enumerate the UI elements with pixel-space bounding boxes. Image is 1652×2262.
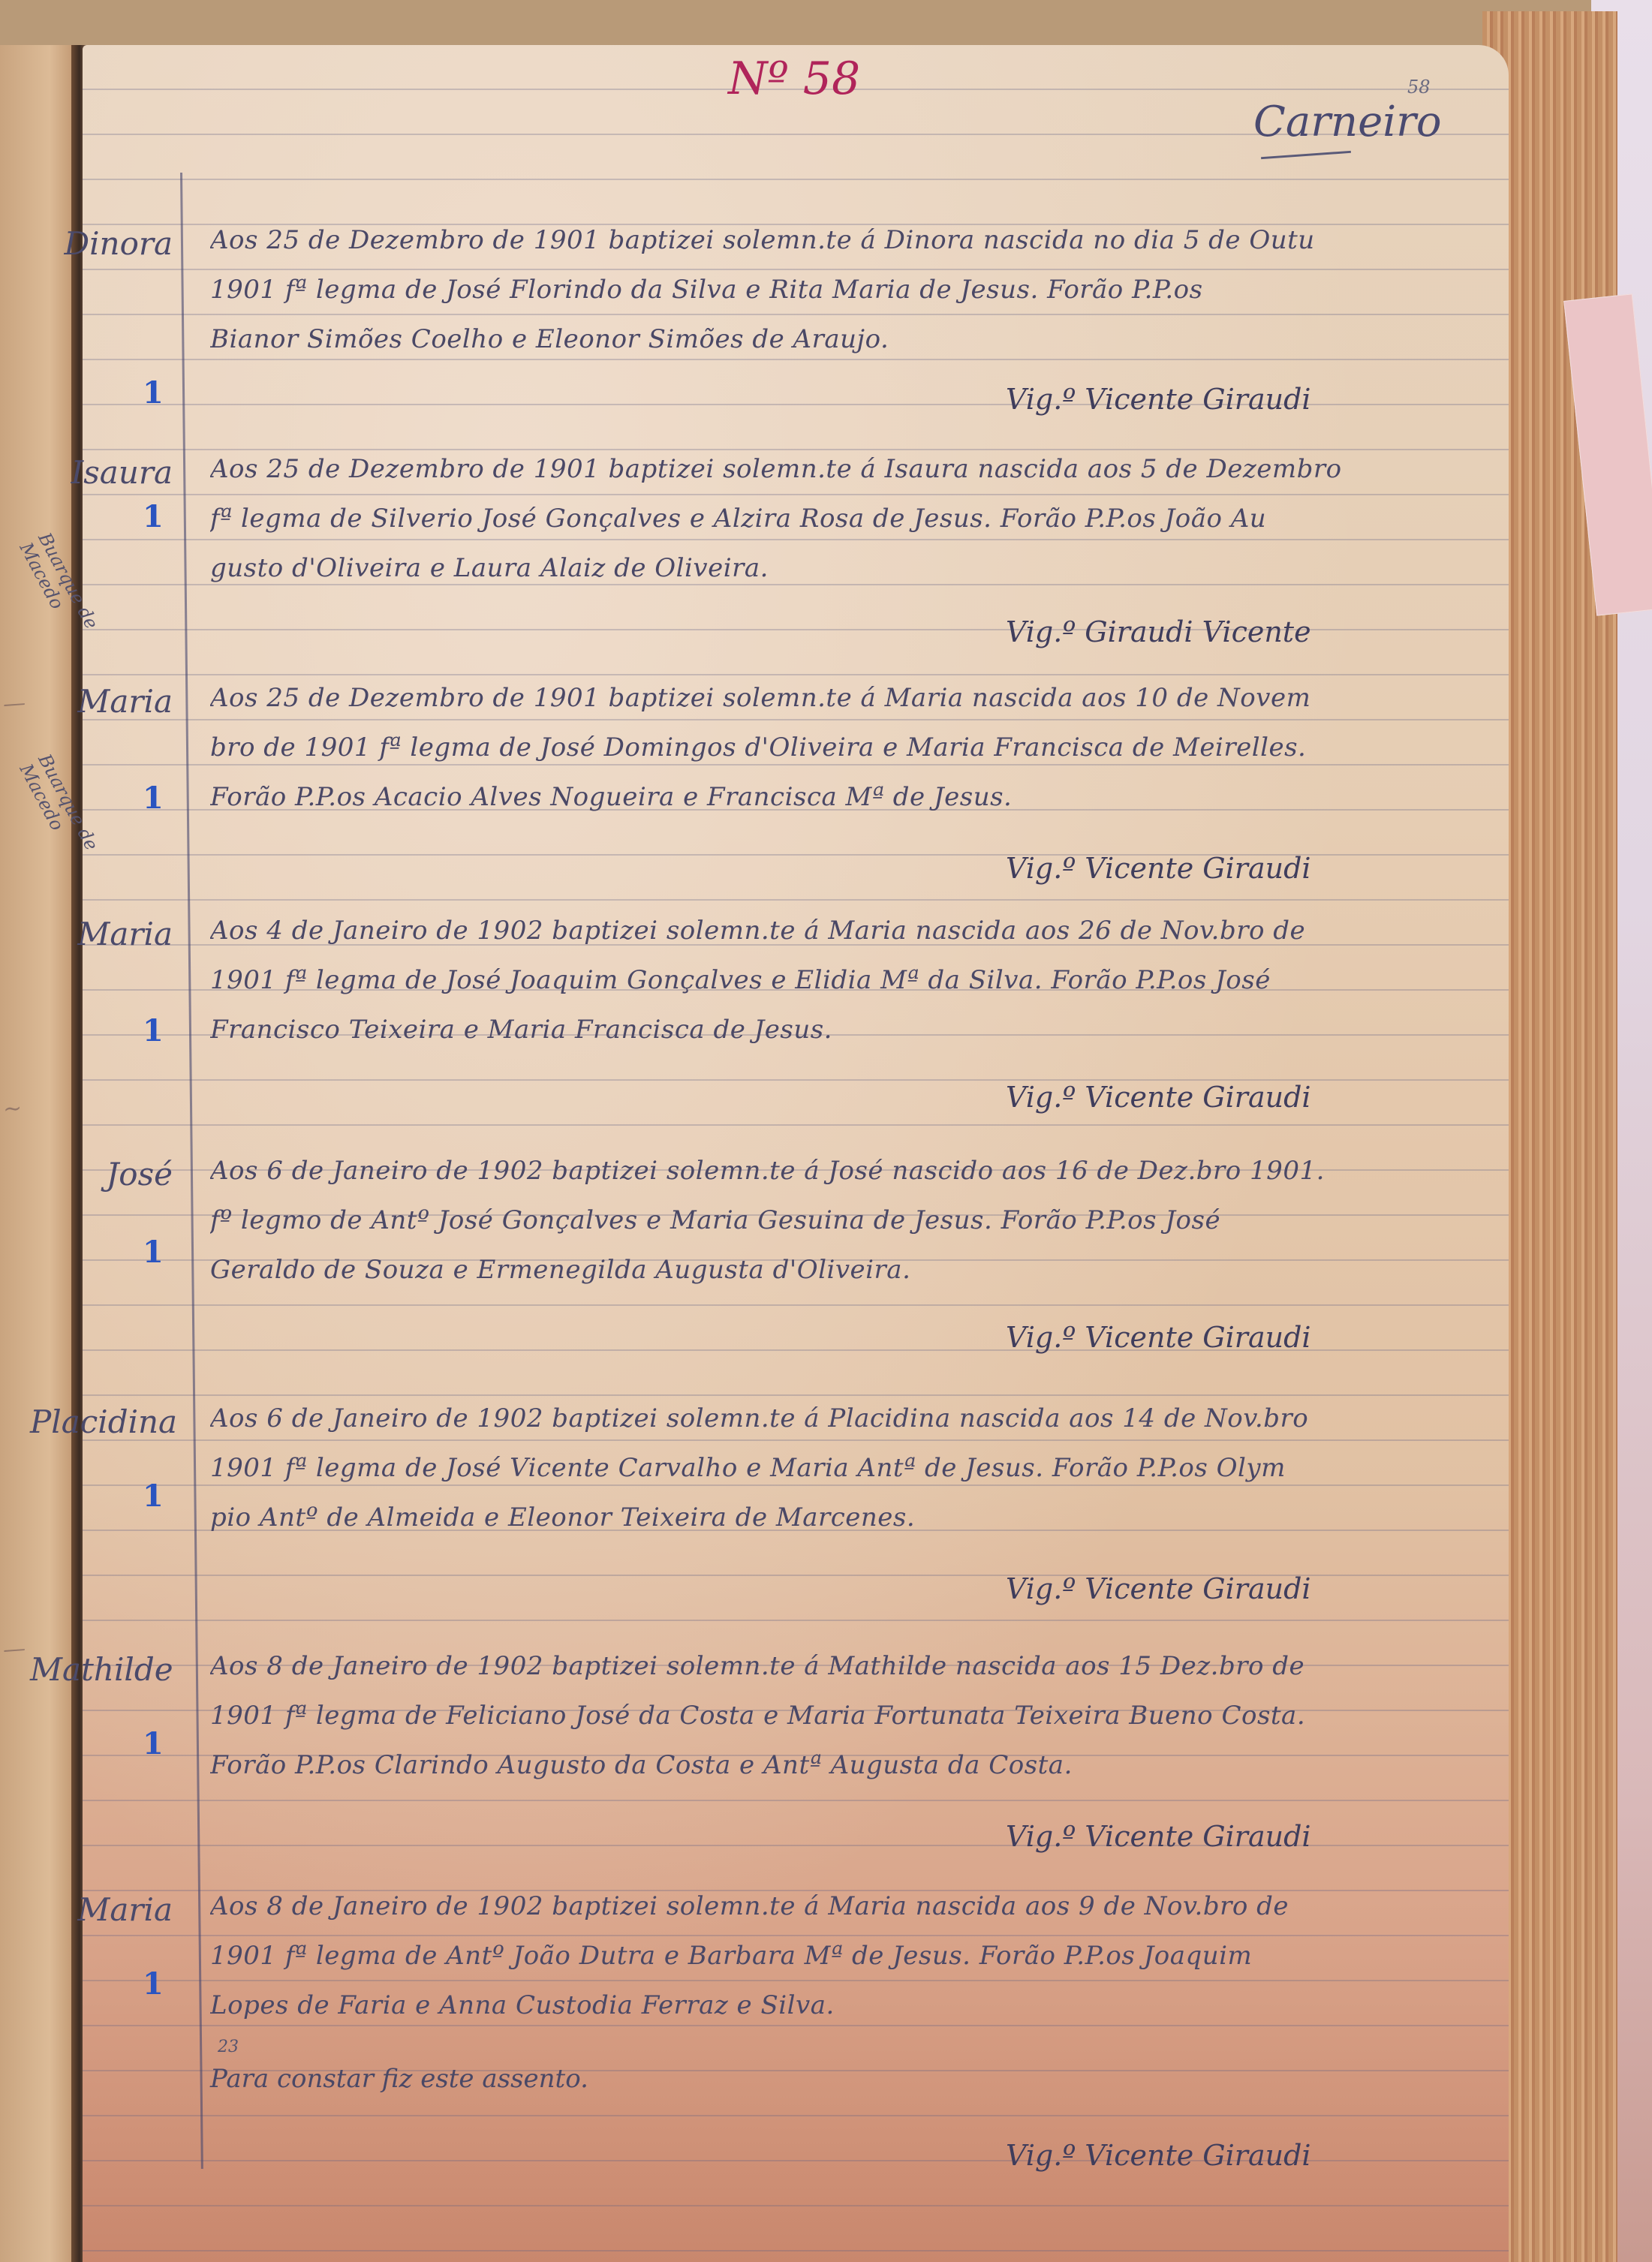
entry-line: Aos 25 de Dezembro de 1901 baptizei sole… [210, 225, 1471, 255]
entry-line: Aos 25 de Dezembro de 1901 baptizei sole… [210, 683, 1471, 713]
entry-line: 1901 fª legma de Feliciano José da Costa… [210, 1701, 1471, 1731]
left-page-bleed-text: — [2, 690, 26, 717]
entry-line: Aos 8 de Janeiro de 1902 baptizei solemn… [210, 1891, 1471, 1921]
left-facing-page: — ~ — [0, 45, 83, 2262]
entry-line: Bianor Simões Coelho e Eleonor Simões de… [210, 324, 1471, 354]
entry-line: Francisco Teixeira e Maria Francisca de … [210, 1015, 1471, 1045]
priest-signature: Vig.º Giraudi Vicente [1006, 615, 1426, 648]
priest-signature: Vig.º Vicente Giraudi [1006, 383, 1426, 416]
entry-line: 1901 fª legma de José Florindo da Silva … [210, 275, 1471, 305]
entry-line: 1901 fª legma de José Joaquim Gonçalves … [210, 965, 1471, 995]
entry-name: Mathilde [30, 1651, 173, 1688]
page-header-name: Carneiro [1253, 98, 1442, 146]
tick-mark-icon: 1 [143, 1013, 164, 1048]
tick-mark-icon: 1 [143, 781, 164, 816]
entry-line: Aos 8 de Janeiro de 1902 baptizei solemn… [210, 1651, 1471, 1681]
entry-name: José [30, 1156, 173, 1193]
entry-line: 1901 fª legma de José Vicente Carvalho e… [210, 1453, 1471, 1483]
entry-line: pio Antº de Almeida e Eleonor Teixeira d… [210, 1502, 1471, 1533]
entry-line: 1901 fª legma de Antº João Dutra e Barba… [210, 1941, 1471, 1971]
tick-mark-icon: 1 [143, 1235, 164, 1270]
folio-stamp: Nº 58 [728, 53, 860, 105]
entry-line: bro de 1901 fª legma de José Domingos d'… [210, 732, 1471, 763]
entry-line: Aos 6 de Janeiro de 1902 baptizei solemn… [210, 1403, 1471, 1433]
register-page: Nº 58 Carneiro 58 Dinora Aos 25 de Dezem… [83, 45, 1509, 2262]
entry-name: Maria [30, 1891, 173, 1928]
priest-signature: Vig.º Vicente Giraudi [1006, 1572, 1426, 1605]
entry-line: Aos 4 de Janeiro de 1902 baptizei solemn… [210, 916, 1471, 946]
tick-mark-icon: 1 [143, 1478, 164, 1514]
page-number: 58 [1407, 77, 1431, 98]
entry-line: Aos 25 de Dezembro de 1901 baptizei sole… [210, 454, 1471, 484]
entry-name: Isaura [30, 454, 173, 491]
ruled-lines [83, 45, 1509, 2262]
entry-name: Dinora [30, 225, 173, 262]
priest-signature: Vig.º Vicente Giraudi [1006, 1820, 1426, 1853]
closing-statement: Para constar fiz este assento. [210, 2064, 588, 2094]
entry-line: Aos 6 de Janeiro de 1902 baptizei solemn… [210, 1156, 1471, 1186]
entry-line: Lopes de Faria e Anna Custodia Ferraz e … [210, 1990, 1471, 2020]
tick-mark-icon: 1 [143, 1966, 164, 2002]
priest-signature: Vig.º Vicente Giraudi [1006, 1081, 1426, 1114]
entry-line: gusto d'Oliveira e Laura Alaiz de Olivei… [210, 553, 1471, 583]
entry-name: Placidina [30, 1403, 173, 1440]
entry-name: Maria [30, 916, 173, 952]
priest-signature: Vig.º Vicente Giraudi [1006, 852, 1426, 885]
entry-name: Maria [30, 683, 173, 720]
priest-signature: Vig.º Vicente Giraudi [1006, 2139, 1426, 2172]
priest-signature: Vig.º Vicente Giraudi [1006, 1321, 1426, 1354]
tick-mark-icon: 1 [143, 375, 164, 411]
closing-mark: 23 [218, 2038, 239, 2056]
tick-mark-icon: 1 [143, 1726, 164, 1761]
left-page-bleed-text: ~ [2, 1095, 23, 1123]
entry-line: Forão P.P.os Acacio Alves Nogueira e Fra… [210, 782, 1471, 812]
entry-line: Forão P.P.os Clarindo Augusto da Costa e… [210, 1750, 1471, 1780]
entry-line: fº legmo de Antº José Gonçalves e Maria … [210, 1205, 1471, 1235]
entry-line: fª legma de Silverio José Gonçalves e Al… [210, 504, 1471, 534]
left-page-bleed-text: — [2, 1635, 26, 1663]
entry-line: Geraldo de Souza e Ermenegilda Augusta d… [210, 1255, 1471, 1285]
tick-mark-icon: 1 [143, 499, 164, 534]
